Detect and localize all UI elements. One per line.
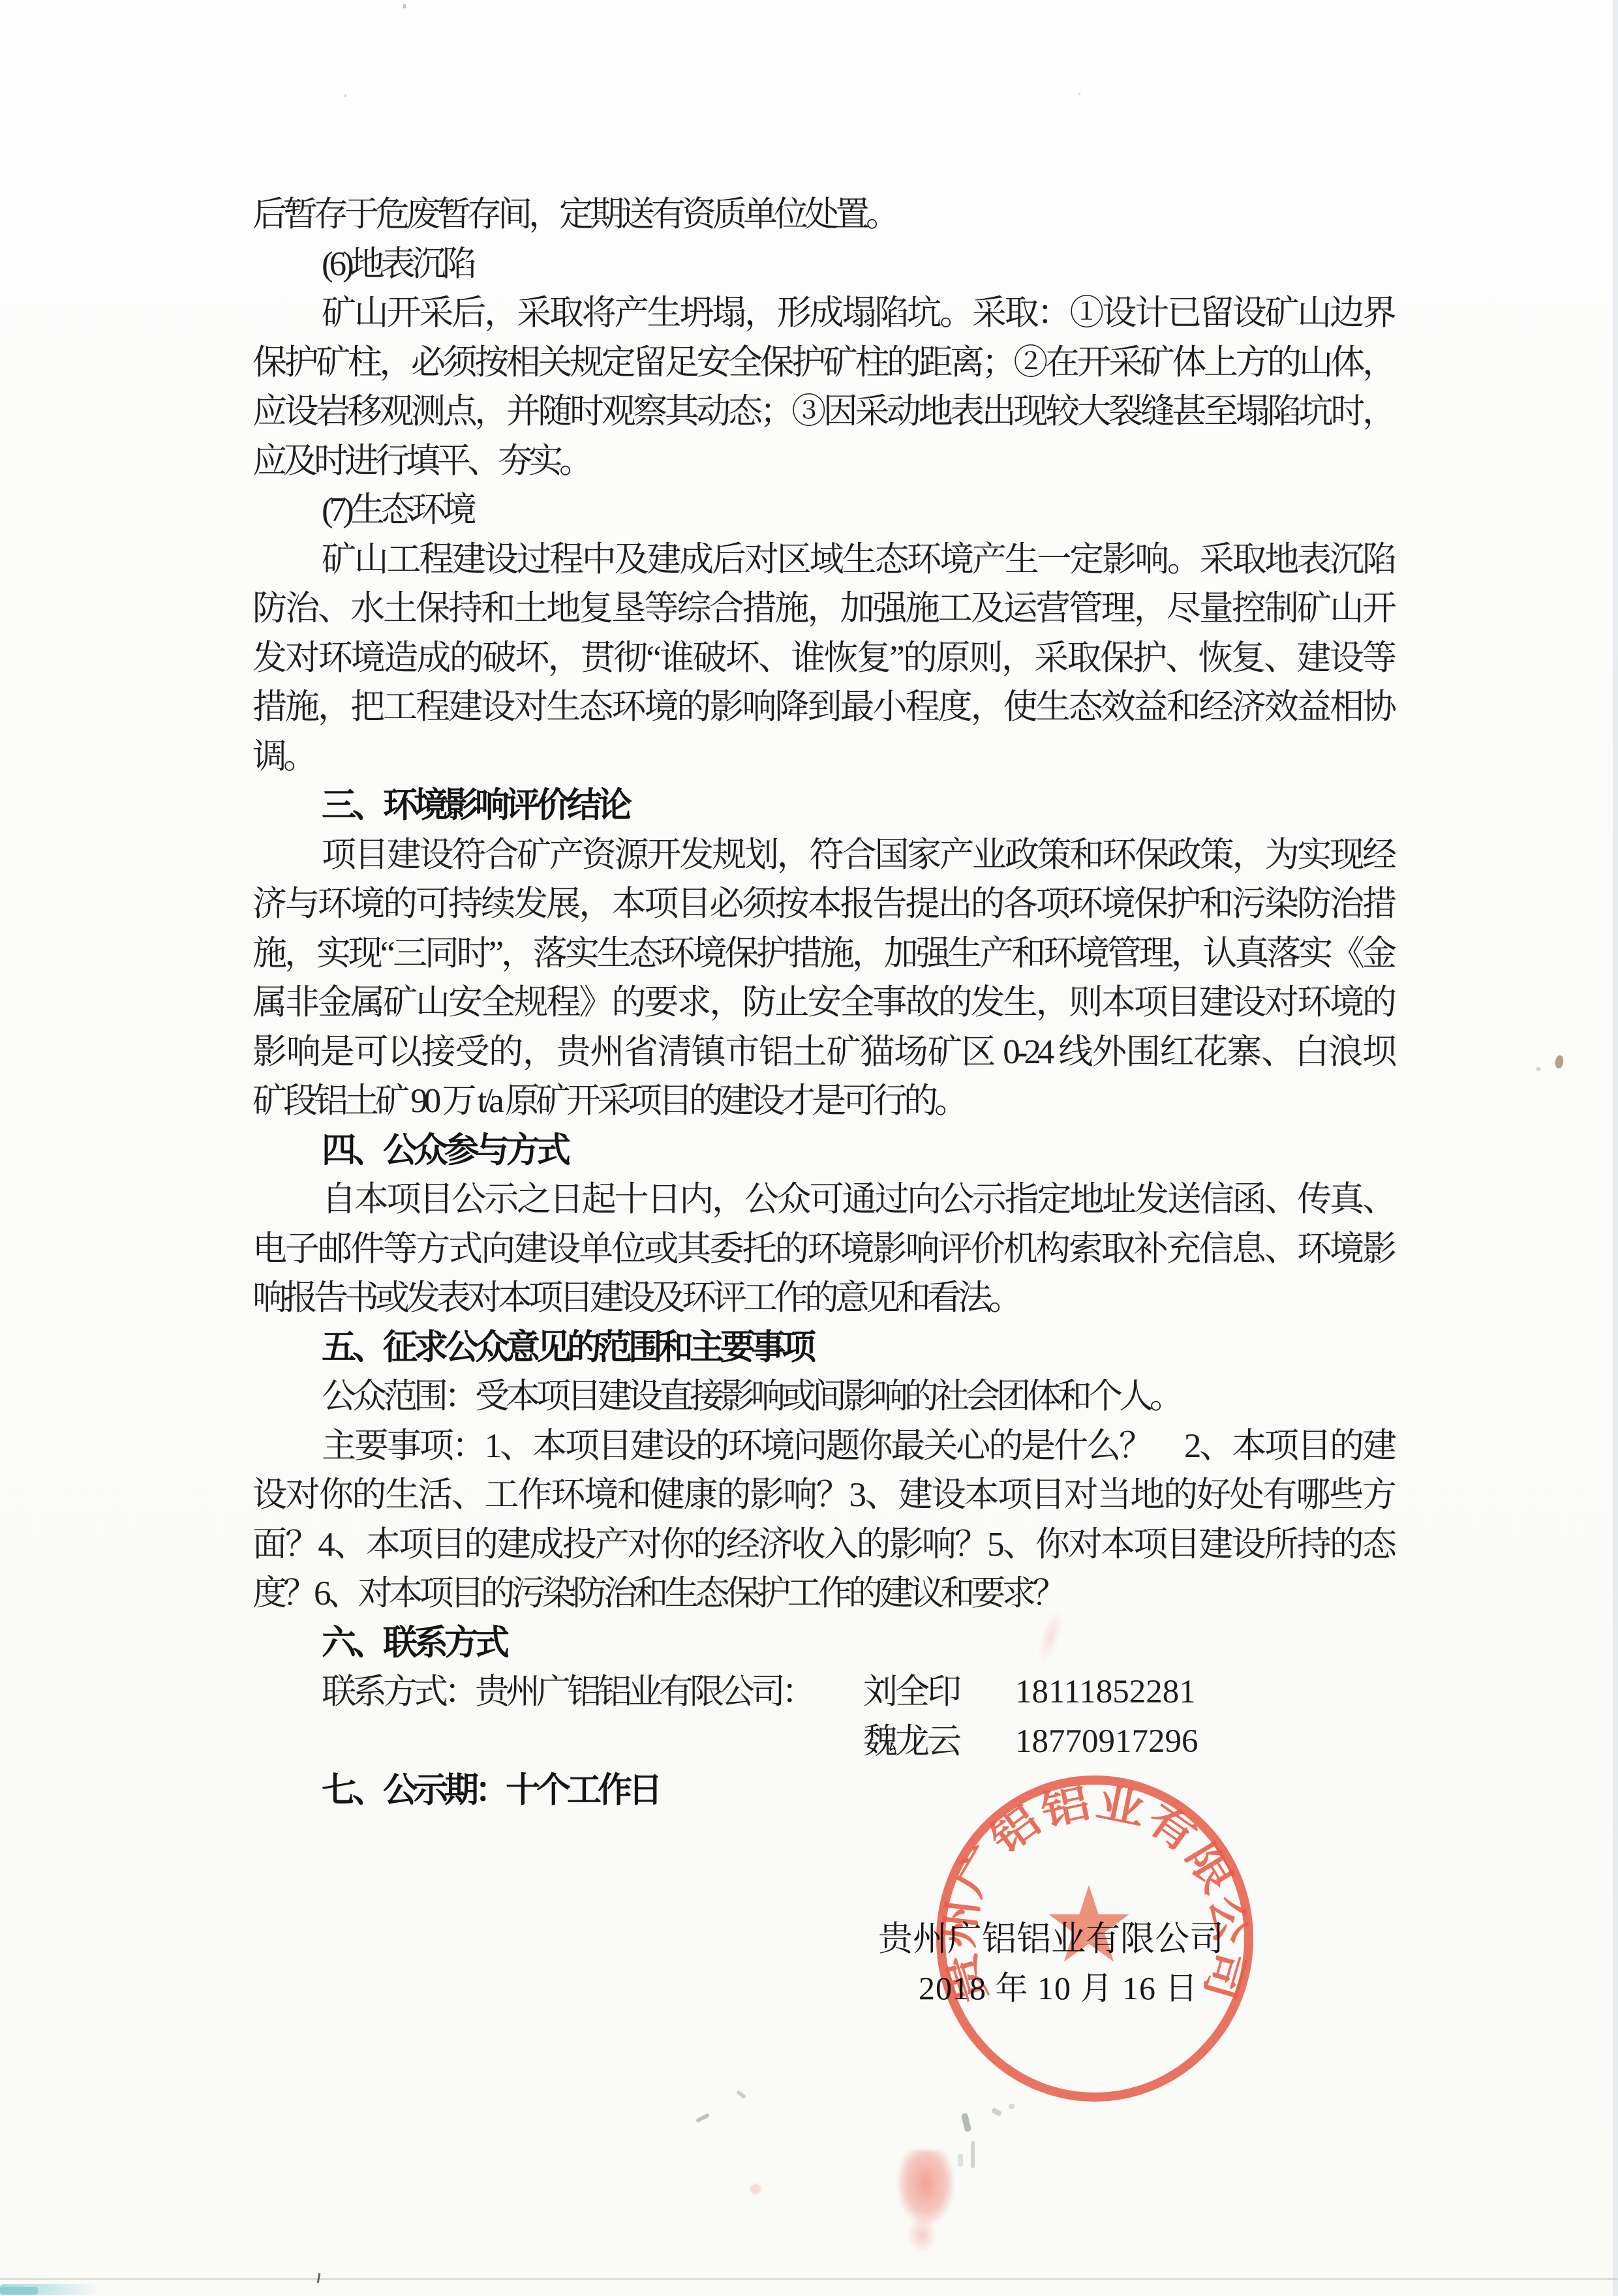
- text-line: 自本项目公示之日起十日内，公众可通过向公示指定地址发送信函、传真、: [252, 1175, 1393, 1225]
- contact-person: 魏龙云: [863, 1717, 959, 1767]
- text-line: 发对环境造成的破坏，贯彻“谁破坏、谁恢复”的原则，采取保护、恢复、建设等: [252, 634, 1393, 684]
- text-line: 应设岩移观测点，并随时观察其动态；③因采动地表出现较大裂缝甚至塌陷坑时，: [252, 387, 1393, 437]
- teal-scan-mark: [0, 2287, 38, 2295]
- scan-speck: [1555, 1055, 1565, 1068]
- text-line: 措施，把工程建设对生态环境的影响降到最小程度，使生态效益和经济效益相协: [252, 683, 1393, 733]
- pencil-mark: [736, 2090, 746, 2100]
- text-line: 后暂存于危废暂存间，定期送有资质单位处置。: [252, 190, 1393, 240]
- text-line: 影响是可以接受的，贵州省清镇市铝土矿猫场矿区 0-24 线外围红花寨、白浪坝: [252, 1028, 1393, 1078]
- text-line: 主要事项：1、本项目建设的环境问题你最关心的是什么？ 2、本项目的建: [252, 1422, 1393, 1472]
- document-body: 后暂存于危废暂存间，定期送有资质单位处置。 (6)地表沉陷 矿山开采后，采取将产…: [252, 190, 1393, 1816]
- contact-phone: 18111852281: [1015, 1668, 1196, 1717]
- text-line: 公众范围：受本项目建设直接影响或间影响的社会团体和个人。: [252, 1372, 1393, 1422]
- text-line: 矿山开采后，采取将产生坍塌，形成塌陷坑。采取：①设计已留设矿山边界: [252, 289, 1393, 339]
- pencil-mark: [961, 2113, 971, 2132]
- text-line: 项目建设符合矿产资源开发规划，符合国家产业政策和环保政策，为实现经: [252, 831, 1393, 881]
- scan-speck: [403, 4, 406, 8]
- text-line: 应及时进行填平、夯实。: [252, 437, 1393, 487]
- contact-row: 联系方式：贵州广铝铝业有限公司： 刘全印 18111852281: [252, 1668, 1393, 1717]
- ink-speck: [750, 2184, 761, 2194]
- text-line: 济与环境的可持续发展，本项目必须按本报告提出的各项环境保护和污染防治措: [252, 880, 1393, 929]
- company-seal: 贵州广铝铝业有限公司: [932, 1774, 1258, 2107]
- contact-phone: 18770917296: [1015, 1717, 1198, 1767]
- contact-label: 联系方式：贵州广铝铝业有限公司：: [322, 1668, 812, 1717]
- scan-edge-shadow: [1613, 0, 1618, 2296]
- section-heading: 三、环境影响评价结论: [252, 781, 1393, 831]
- red-ink-smudge: [907, 2216, 937, 2253]
- text-line: 度？6、对本项目的污染防治和生态保护工作的建议和要求？: [252, 1569, 1393, 1619]
- text-line: 电子邮件等方式向建设单位或其委托的环境影响评价机构索取补充信息、环境影: [252, 1225, 1393, 1275]
- red-ink-smudge: [898, 2150, 954, 2224]
- text-line: 设对你的生活、工作环境和健康的影响？3、建设本项目对当地的好处有哪些方: [252, 1471, 1393, 1520]
- seal-ring-text: 贵州广铝铝业有限公司: [937, 1780, 1253, 2008]
- contact-row: 魏龙云 18770917296: [252, 1717, 1393, 1767]
- text-line: 施，实现“三同时”，落实生态环境保护措施，加强生产和环境管理，认真落实《金: [252, 929, 1393, 979]
- text-line: 调。: [252, 733, 1393, 782]
- text-line: 矿段铝土矿 90 万 t/a 原矿开采项目的建设才是可行的。: [252, 1077, 1393, 1126]
- text-line: 矿山工程建设过程中及建成后对区域生态环境产生一定影响。采取地表沉陷: [252, 536, 1393, 585]
- pencil-mark: [695, 2113, 710, 2123]
- section-heading: 六、联系方式: [252, 1619, 1393, 1669]
- text-line: 面？4、本项目的建成投产对你的经济收入的影响？5、你对本项目建设所持的态: [252, 1520, 1393, 1570]
- pencil-mark: [958, 2154, 963, 2167]
- subsection-heading: (6)地表沉陷: [252, 240, 1393, 290]
- section-heading: 四、公众参与方式: [252, 1126, 1393, 1176]
- text-line: 属非金属矿山安全规程》的要求，防止安全事故的发生，则本项目建设对环境的: [252, 978, 1393, 1028]
- scan-speck: [1078, 93, 1080, 95]
- document-page: 后暂存于危废暂存间，定期送有资质单位处置。 (6)地表沉陷 矿山开采后，采取将产…: [0, 0, 1618, 2296]
- scan-speck: [344, 94, 346, 97]
- pencil-mark: [1009, 2104, 1015, 2109]
- subsection-heading: (7)生态环境: [252, 486, 1393, 536]
- seal-star-icon: [1048, 1885, 1129, 1962]
- scan-speck: [1536, 1067, 1541, 1071]
- pencil-mark: [991, 2107, 1002, 2117]
- text-line: 响报告书或发表对本项目建设及环评工作的意见和看法。: [252, 1274, 1393, 1323]
- pencil-mark: [971, 2141, 975, 2168]
- text-line: 防治、水土保持和土地复垦等综合措施，加强施工及运营管理，尽量控制矿山开: [252, 584, 1393, 634]
- contact-person: 刘全印: [863, 1668, 959, 1717]
- text-line: 保护矿柱，必须按相关规定留足安全保护矿柱的距离；②在开采矿体上方的山体，: [252, 339, 1393, 388]
- section-heading: 五、征求公众意见的范围和主要事项: [252, 1323, 1393, 1373]
- scan-edge-line: [0, 2278, 1618, 2280]
